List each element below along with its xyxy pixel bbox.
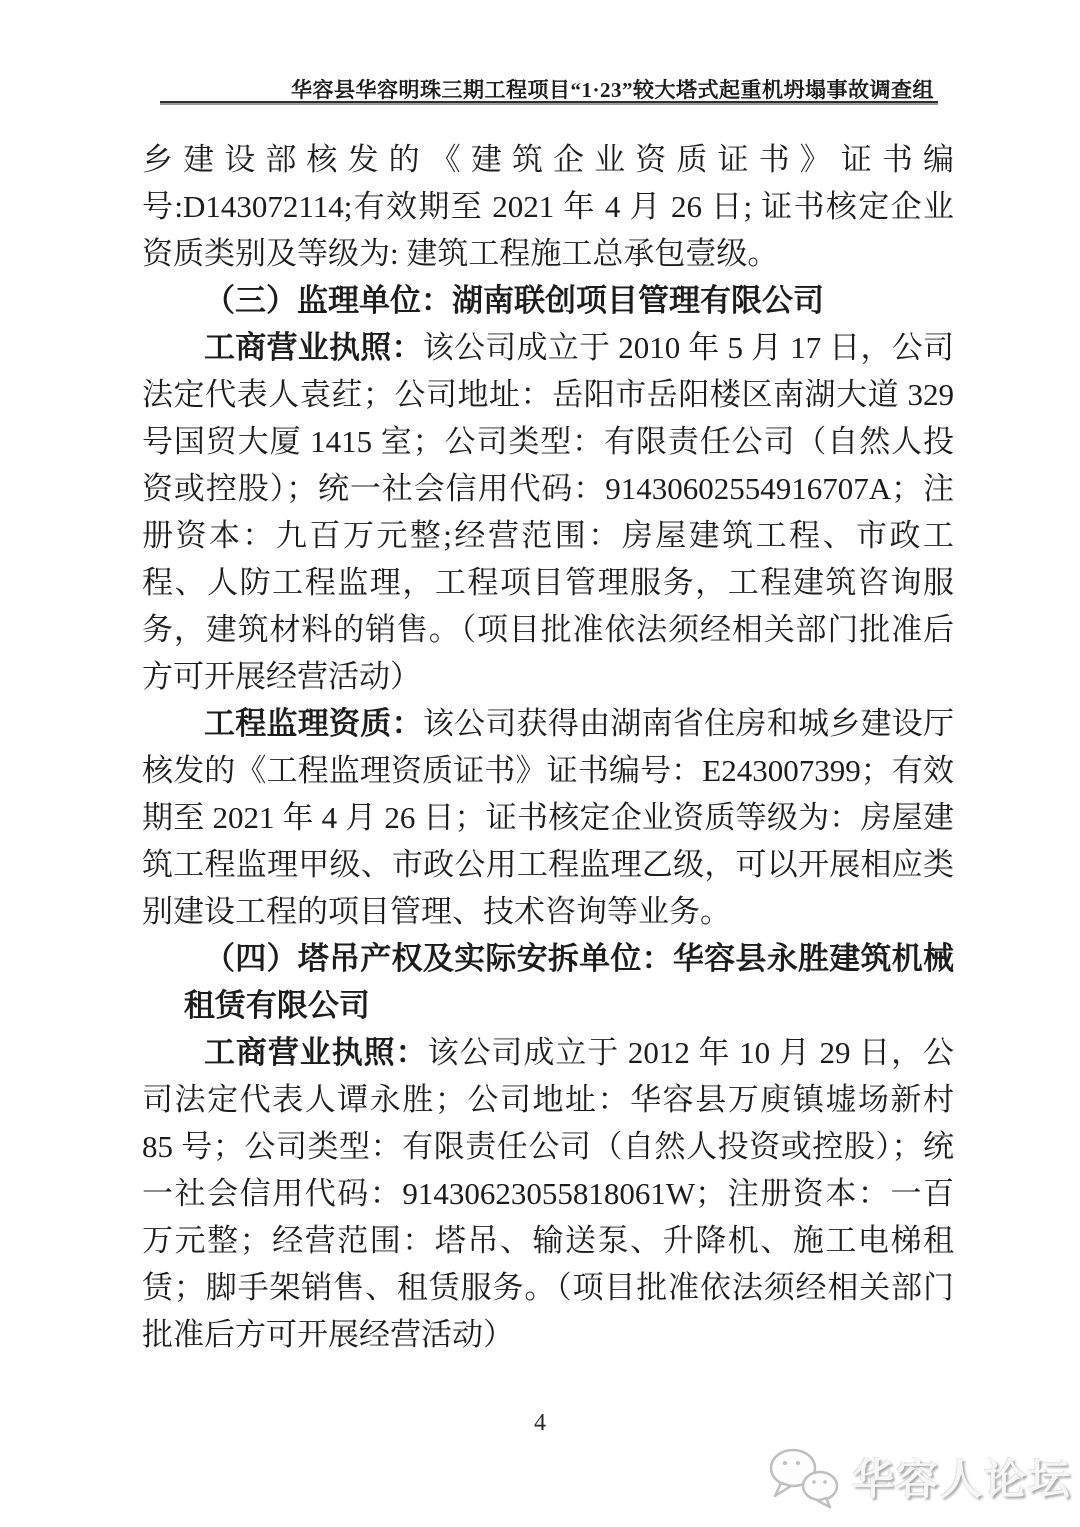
para-supervision-qualification: 工程监理资质：该公司获得由湖南省住房和城乡建设厅核发的《工程监理资质证书》证书编… <box>142 700 954 935</box>
wechat-bubbles-icon <box>766 1445 844 1509</box>
page-number: 4 <box>534 1410 546 1436</box>
heading-section-3-supervision-unit: （三）监理单位：湖南联创项目管理有限公司 <box>142 277 954 324</box>
para-construction-qualification-continued: 乡建设部核发的《建筑企业资质证书》证书编号:D143072114;有效期至 20… <box>142 136 954 277</box>
para-business-license-lianchuang: 工商营业执照：该公司成立于 2010 年 5 月 17 日，公司法定代表人袁荭；… <box>142 324 954 700</box>
para-business-license-yongsheng: 工商营业执照：该公司成立于 2012 年 10 月 29 日，公司法定代表人谭永… <box>142 1029 954 1358</box>
bold-text-run: 工商营业执照： <box>204 1035 428 1070</box>
watermark-text: 华容人论坛 <box>852 1447 1072 1507</box>
bold-text-run: （三）监理单位：湖南联创项目管理有限公司 <box>204 283 824 318</box>
bold-text-run: （四）塔吊产权及实际安拆单位：华容县永胜建筑机械租赁有限公司 <box>184 941 954 1023</box>
bold-text-run: 工商营业执照： <box>204 330 423 365</box>
document-page: 华容县华容明珠三期工程项目“1·23”较大塔式起重机坍塌事故调查组 乡建设部核发… <box>0 0 1080 1527</box>
text-run: 该公司成立于 2012 年 10 月 29 日，公司法定代表人谭永胜；公司地址：… <box>142 1035 954 1352</box>
header-title: 华容县华容明珠三期工程项目“1·23”较大塔式起重机坍塌事故调查组 <box>160 74 934 104</box>
header-rule <box>160 101 938 105</box>
page-footer: 4 <box>0 1410 1080 1437</box>
watermark: 华容人论坛 <box>766 1445 1072 1509</box>
bold-text-run: 工程监理资质： <box>204 706 423 741</box>
document-body: 乡建设部核发的《建筑企业资质证书》证书编号:D143072114;有效期至 20… <box>142 136 954 1358</box>
text-run: 乡建设部核发的《建筑企业资质证书》证书编号:D143072114;有效期至 20… <box>142 142 954 271</box>
heading-section-4-tower-crane-unit: （四）塔吊产权及实际安拆单位：华容县永胜建筑机械租赁有限公司 <box>142 935 954 1029</box>
text-run: 该公司成立于 2010 年 5 月 17 日，公司法定代表人袁荭；公司地址：岳阳… <box>142 330 954 694</box>
